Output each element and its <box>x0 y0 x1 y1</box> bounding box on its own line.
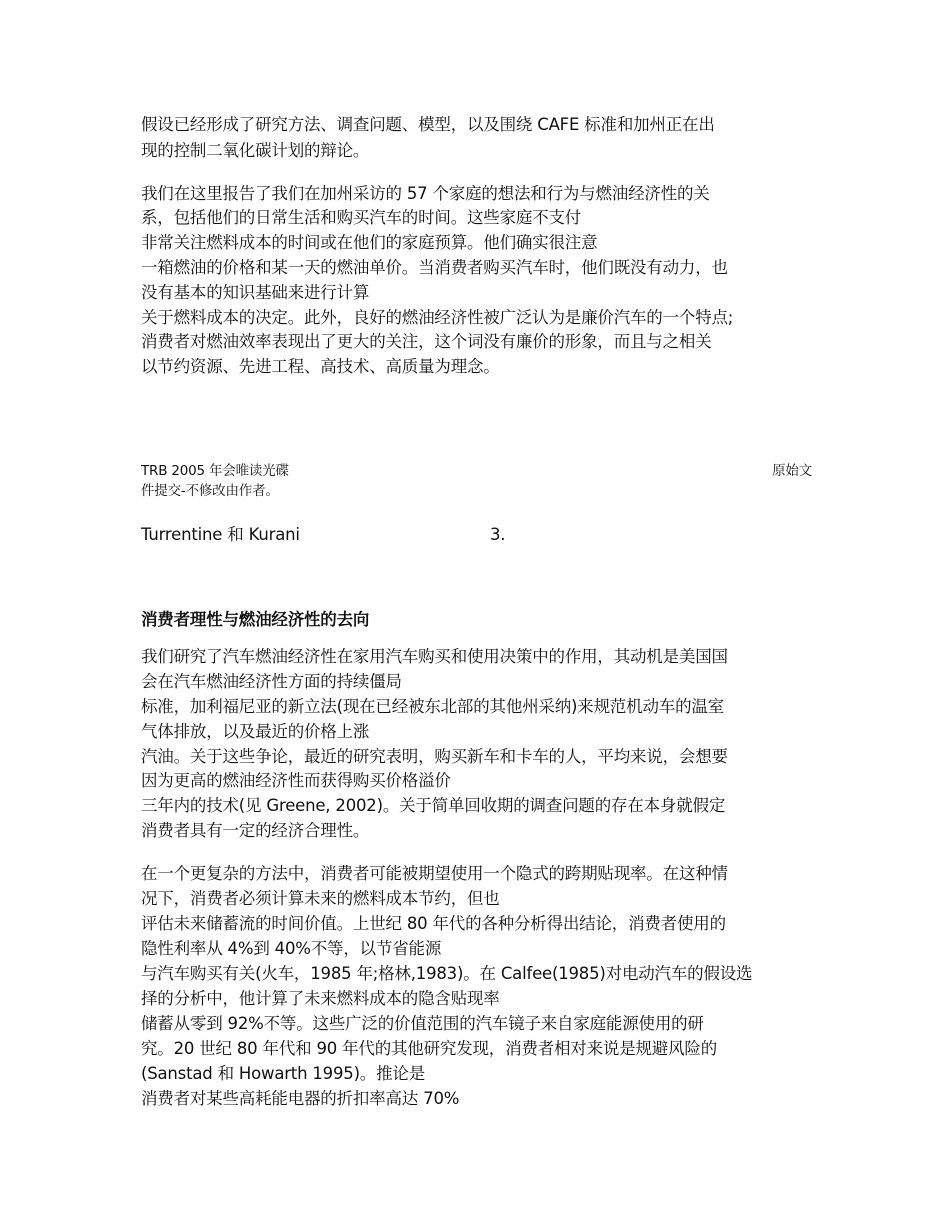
text-line: 评估未来储蓄流的时间价值。上世纪 80 年代的各种分析得出结论，消费者使用的 <box>141 912 726 936</box>
text-line: 消费者对燃油效率表现出了更大的关注，这个词没有廉价的形象，而且与之相关 <box>141 330 712 354</box>
text-line: 现的控制二氧化碳计划的辩论。 <box>141 139 369 163</box>
text-line: 关于燃料成本的决定。此外，良好的燃油经济性被广泛认为是廉价汽车的一个特点; <box>141 306 733 330</box>
text-line: 我们在这里报告了我们在加州采访的 57 个家庭的想法和行为与燃油经济性的关 <box>141 182 710 206</box>
text-line: 与汽车购买有关(火车，1985 年;格林,1983)。在 Calfee(1985… <box>141 962 752 986</box>
text-line: 消费者具有一定的经济合理性。 <box>141 819 369 843</box>
text-line: 储蓄从零到 92%不等。这些广泛的价值范围的汽车镜子来自家庭能源使用的研 <box>141 1012 704 1036</box>
text-line: 况下，消费者必须计算未来的燃料成本节约，但也 <box>141 887 500 911</box>
text-line: 气体排放，以及最近的价格上涨 <box>141 720 369 744</box>
text-line: 究。20 世纪 80 年代和 90 年代的其他研究发现，消费者相对来说是规避风险… <box>141 1037 717 1061</box>
text-line: 在一个更复杂的方法中，消费者可能被期望使用一个隐式的跨期贴现率。在这种情 <box>141 862 728 886</box>
text-line: 系，包括他们的日常生活和购买汽车的时间。这些家庭不支付 <box>141 206 581 230</box>
conference-note: TRB 2005 年会唯读光碟 <box>141 461 289 481</box>
authors: Turrentine 和 Kurani <box>141 523 300 547</box>
text-line: 因为更高的燃油经济性而获得购买价格溢价 <box>141 769 451 793</box>
text-line: 我们研究了汽车燃油经济性在家用汽车购买和使用决策中的作用，其动机是美国国 <box>141 645 728 669</box>
text-line: 以节约资源、先进工程、高技术、高质量为理念。 <box>141 355 500 379</box>
section-title: 消费者理性与燃油经济性的去向 <box>141 608 369 632</box>
text-line: 消费者对某些高耗能电器的折扣率高达 70% <box>141 1087 459 1111</box>
conference-note: 件提交-不修改由作者。 <box>141 481 279 501</box>
text-line: (Sanstad 和 Howarth 1995)。推论是 <box>141 1062 425 1086</box>
text-line: 三年内的技术(见 Greene, 2002)。关于简单回收期的调查问题的存在本身… <box>141 794 725 818</box>
text-line: 非常关注燃料成本的时间或在他们的家庭预算。他们确实很注意 <box>141 231 597 255</box>
text-line: 汽油。关于这些争论，最近的研究表明，购买新车和卡车的人，平均来说，会想要 <box>141 745 728 769</box>
text-line: 没有基本的知识基础来进行计算 <box>141 281 369 305</box>
text-line: 隐性利率从 4%到 40%不等，以节省能源 <box>141 937 441 961</box>
text-line: 标准，加利福尼亚的新立法(现在已经被东北部的其他州采纳)来规范机动车的温室 <box>141 695 724 719</box>
original-text-label: 原始文 <box>772 461 812 481</box>
page-number: 3. <box>490 523 505 547</box>
text-line: 假设已经形成了研究方法、调查问题、模型，以及围绕 CAFE 标准和加州正在出 <box>141 113 715 137</box>
text-line: 择的分析中，他计算了未来燃料成本的隐含贴现率 <box>141 987 500 1011</box>
text-line: 会在汽车燃油经济性方面的持续僵局 <box>141 670 402 694</box>
text-line: 一箱燃油的价格和某一天的燃油单价。当消费者购买汽车时，他们既没有动力，也 <box>141 256 728 280</box>
